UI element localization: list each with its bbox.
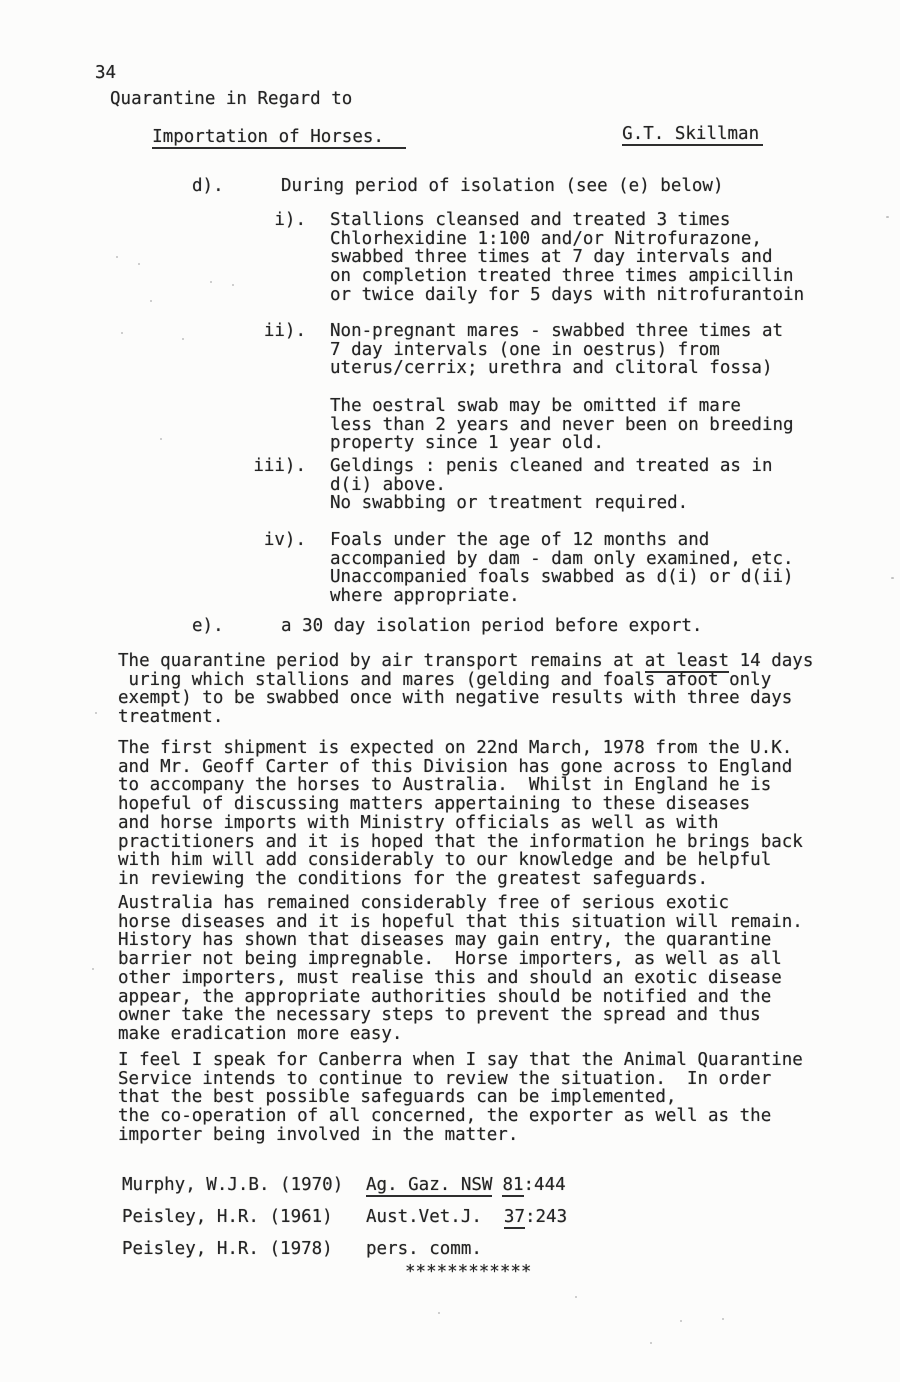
- scan-speckle: [210, 281, 212, 283]
- scan-speckle: [891, 577, 894, 579]
- scan-speckle: [160, 438, 162, 440]
- scanned-document-page: 34 Quarantine in Regard to Importation o…: [0, 0, 900, 1382]
- scan-speckle: [722, 1318, 724, 1320]
- reference-journal-2: Aust.Vet.J.: [366, 1207, 482, 1227]
- scan-speckle: [232, 284, 234, 286]
- reference-pages-1: :444: [524, 1175, 566, 1195]
- reference-author-1: Murphy, W.J.B. (1970): [122, 1176, 343, 1195]
- list-marker-e: e).: [192, 617, 224, 636]
- list-marker-iii: iii).: [240, 457, 306, 476]
- document-title-underlined-text: Importation of Horses.: [152, 127, 406, 149]
- scan-speckle: [650, 1342, 652, 1344]
- paragraph-1-before: The quarantine period by air transport r…: [118, 651, 645, 671]
- list-text-ii: Non-pregnant mares - swabbed three times…: [330, 322, 794, 453]
- scan-speckle: [116, 256, 118, 258]
- reference-pages-2: :243: [525, 1207, 567, 1227]
- reference-volume-2: 37: [504, 1207, 525, 1229]
- list-text-iv: Foals under the age of 12 months and acc…: [330, 531, 794, 606]
- scan-speckle: [182, 338, 184, 340]
- list-marker-i: i).: [240, 211, 306, 230]
- scan-speckle: [575, 1296, 577, 1298]
- scan-speckle: [150, 300, 152, 302]
- reference-author-2: Peisley, H.R. (1961): [122, 1208, 333, 1227]
- paragraph-australia-diseases: Australia has remained considerably free…: [118, 894, 848, 1044]
- list-text-e: a 30 day isolation period before export.: [281, 617, 702, 636]
- separator-asterisks: ************: [405, 1263, 531, 1282]
- list-text-iii: Geldings : penis cleaned and treated as …: [330, 457, 773, 513]
- scan-speckle: [92, 968, 94, 970]
- list-marker-d: d).: [192, 177, 224, 196]
- author-name: G.T. Skillman: [580, 106, 763, 162]
- document-title-line2: Importation of Horses.: [110, 109, 406, 165]
- reference-citation-2: Aust.Vet.J.37:243: [366, 1208, 567, 1227]
- page-number: 34: [95, 64, 116, 83]
- document-title-line1: Quarantine in Regard to: [110, 90, 352, 109]
- scan-speckle: [438, 1312, 440, 1314]
- paragraph-first-shipment: The first shipment is expected on 22nd M…: [118, 739, 848, 889]
- scan-speckle: [886, 216, 889, 218]
- list-text-d: During period of isolation (see (e) belo…: [281, 177, 724, 196]
- list-text-i: Stallions cleansed and treated 3 times C…: [330, 211, 804, 305]
- reference-volume-1: 81: [502, 1175, 523, 1197]
- list-marker-ii: ii).: [240, 322, 306, 341]
- list-marker-iv: iv).: [240, 531, 306, 550]
- scan-speckle: [121, 332, 123, 334]
- scan-speckle: [680, 1320, 682, 1322]
- reference-citation-1: Ag. Gaz. NSW81:444: [366, 1176, 566, 1195]
- reference-note-3: pers. comm.: [366, 1240, 482, 1259]
- reference-journal-1: Ag. Gaz. NSW: [366, 1175, 492, 1197]
- scan-speckle: [138, 263, 140, 265]
- scan-speckle: [95, 712, 97, 714]
- author-underlined-text: G.T. Skillman: [622, 124, 763, 146]
- paragraph-quarantine-period: The quarantine period by air transport r…: [118, 652, 848, 727]
- reference-author-3: Peisley, H.R. (1978): [122, 1240, 333, 1259]
- paragraph-canberra-service: I feel I speak for Canberra when I say t…: [118, 1051, 848, 1145]
